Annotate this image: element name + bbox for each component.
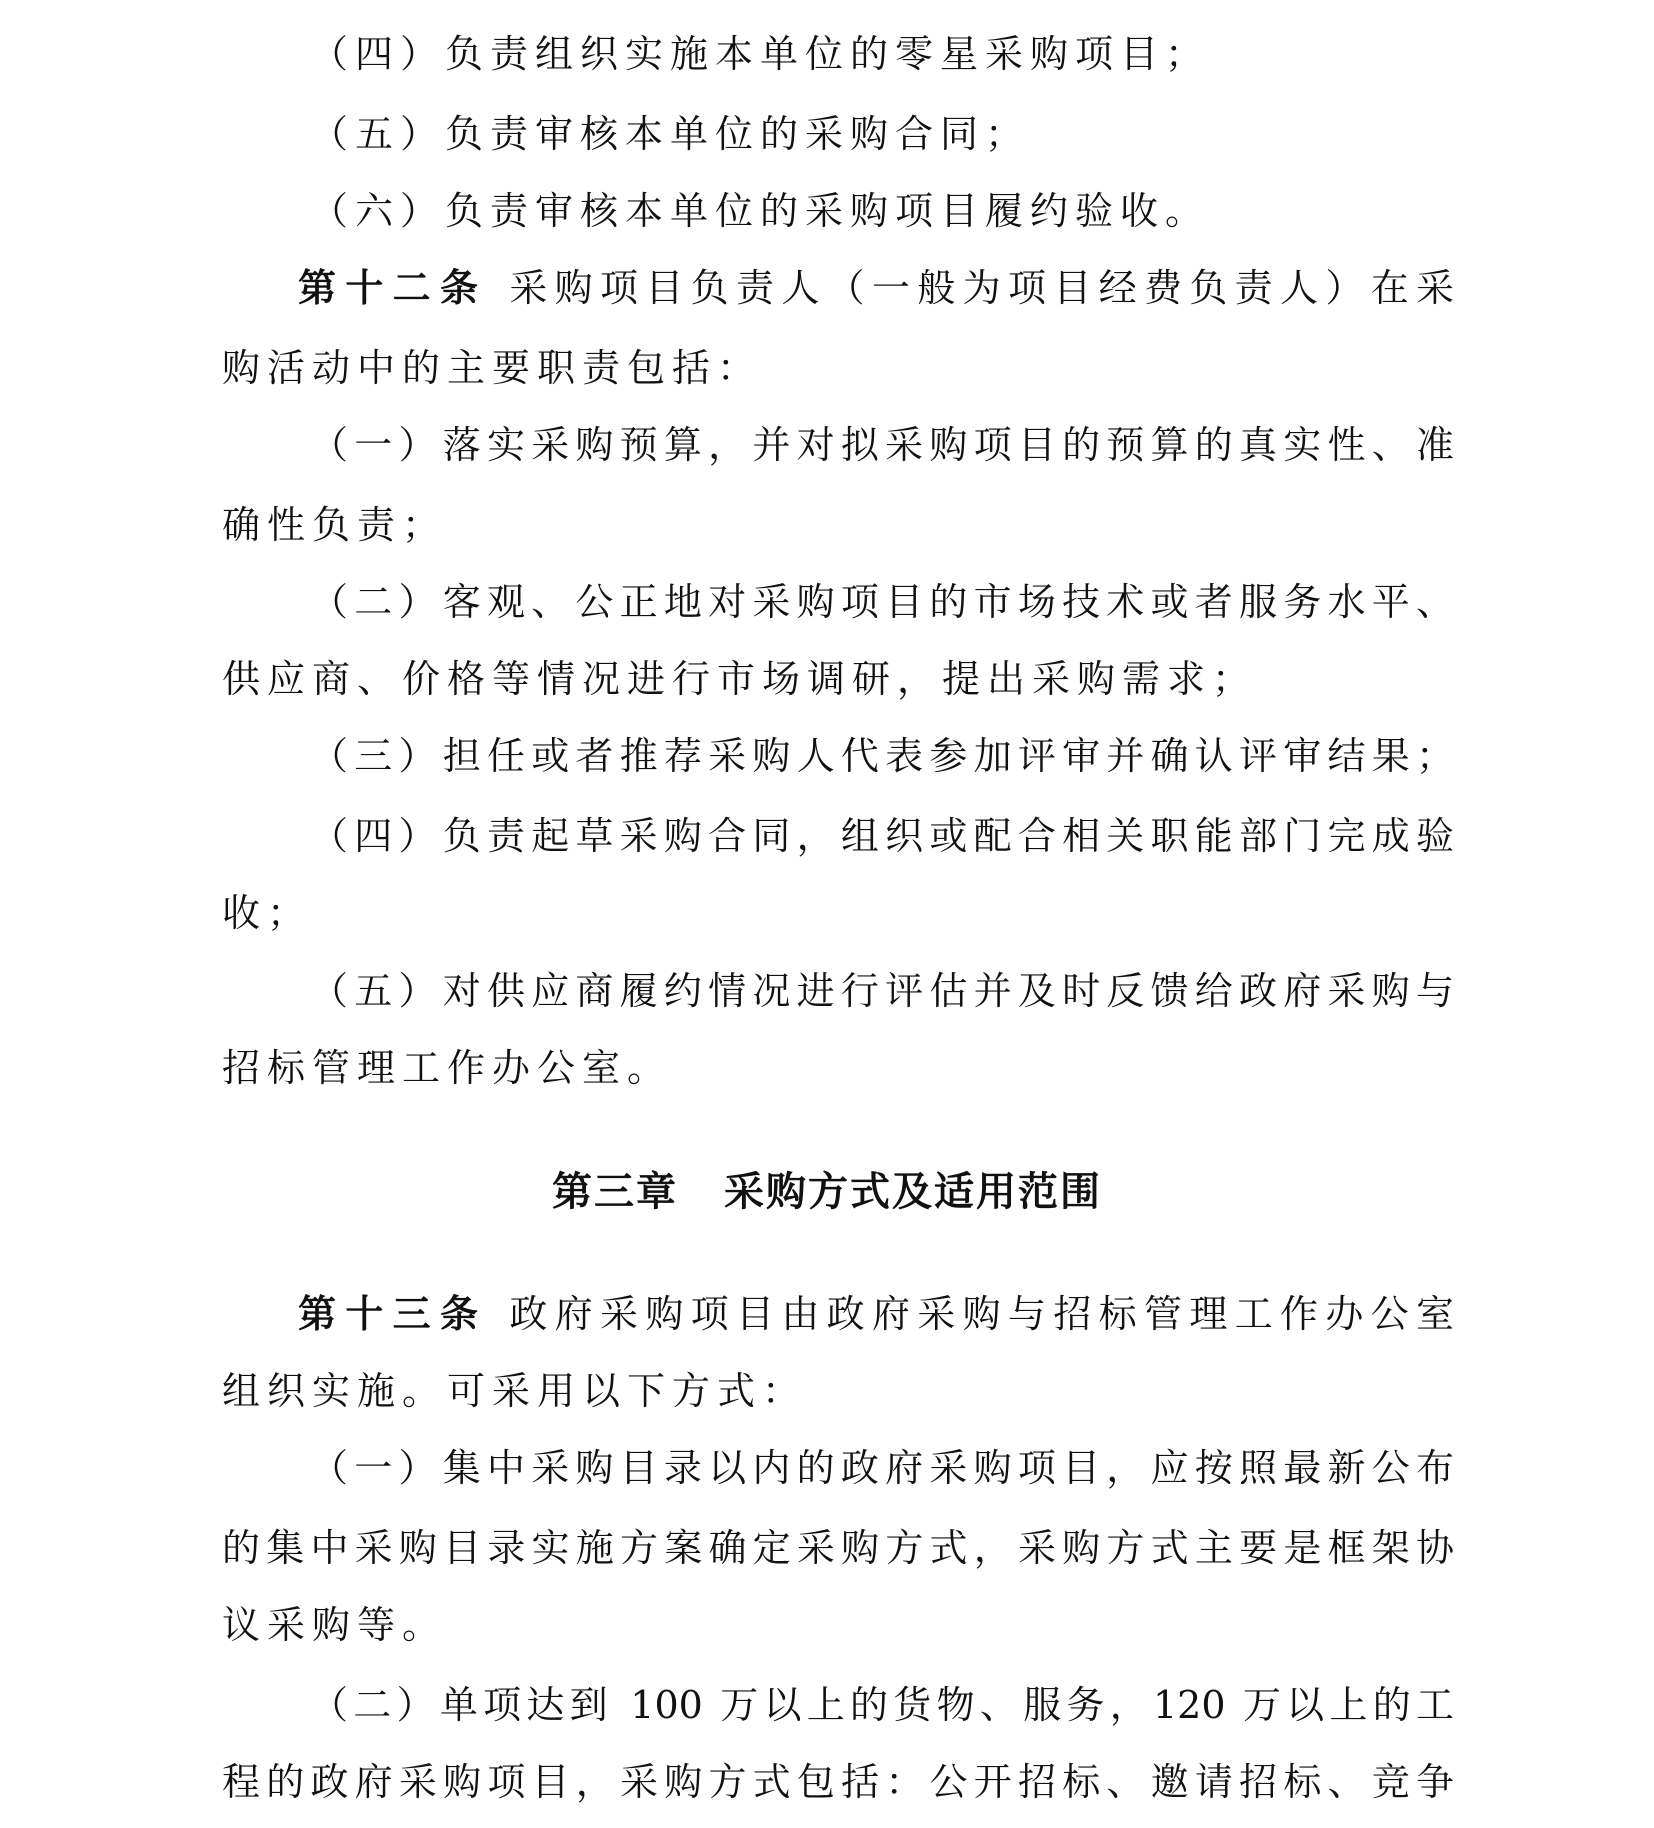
list-item: （三）担任或者推荐采购人代表参加评审并确认评审结果； <box>310 728 1454 784</box>
chapter-number: 第三章 <box>552 1169 678 1215</box>
paragraph-text: 组织实施。可采用以下方式： <box>222 1369 807 1413</box>
paragraph-line: 的集中采购目录实施方案确定采购方式，采购方式主要是框架协 <box>222 1520 1454 1576</box>
article-number: 第十二条 <box>298 266 487 310</box>
paragraph-text: 的集中采购目录实施方案确定采购方式，采购方式主要是框架协 <box>222 1526 1454 1570</box>
paragraph-text: （六）负责审核本单位的采购项目履约验收。 <box>310 189 1210 233</box>
list-item: （一）集中采购目录以内的政府采购项目，应按照最新公布 <box>310 1440 1454 1496</box>
paragraph-line: 购活动中的主要职责包括： <box>222 340 1454 396</box>
paragraph-line: 收； <box>222 885 1454 941</box>
paragraph-text: （五）对供应商履约情况进行评估并及时反馈给政府采购与 <box>310 969 1454 1013</box>
paragraph-text: （四）负责组织实施本单位的零星采购项目； <box>310 32 1210 76</box>
paragraph-text: （二）客观、公正地对采购项目的市场技术或者服务水平、 <box>310 580 1454 624</box>
list-item: （五）负责审核本单位的采购合同； <box>310 106 1454 162</box>
paragraph-text: （三）担任或者推荐采购人代表参加评审并确认评审结果； <box>310 734 1454 778</box>
paragraph-text: 购活动中的主要职责包括： <box>222 346 762 390</box>
paragraph-line: 供应商、价格等情况进行市场调研，提出采购需求； <box>222 651 1454 707</box>
paragraph-line: 确性负责； <box>222 497 1454 553</box>
list-item: （一）落实采购预算，并对拟采购项目的预算的真实性、准 <box>310 417 1454 473</box>
paragraph-text: （五）负责审核本单位的采购合同； <box>310 112 1030 156</box>
list-item: （五）对供应商履约情况进行评估并及时反馈给政府采购与 <box>310 963 1454 1019</box>
paragraph-text: 招标管理工作办公室。 <box>222 1046 672 1090</box>
paragraph-text: 采购项目负责人（一般为项目经费负责人）在采 <box>509 266 1454 310</box>
paragraph-text: 确性负责； <box>222 503 447 547</box>
list-item: （六）负责审核本单位的采购项目履约验收。 <box>310 183 1454 239</box>
paragraph-line: 议采购等。 <box>222 1597 1454 1653</box>
paragraph-text: （四）负责起草采购合同，组织或配合相关职能部门完成验 <box>310 814 1454 858</box>
list-item: （二）单项达到 100 万以上的货物、服务，120 万以上的工 <box>310 1677 1454 1733</box>
article-number: 第十三条 <box>298 1292 487 1336</box>
paragraph-text: 政府采购项目由政府采购与招标管理工作办公室 <box>509 1292 1454 1336</box>
list-item: （四）负责组织实施本单位的零星采购项目； <box>310 26 1454 82</box>
paragraph-text: （一）落实采购预算，并对拟采购项目的预算的真实性、准 <box>310 423 1454 467</box>
chapter-title: 采购方式及适用范围 <box>724 1169 1102 1215</box>
paragraph-line: 组织实施。可采用以下方式： <box>222 1363 1454 1419</box>
list-item: （四）负责起草采购合同，组织或配合相关职能部门完成验 <box>310 808 1454 864</box>
paragraph-text: 供应商、价格等情况进行市场调研，提出采购需求； <box>222 657 1257 701</box>
paragraph-text: 收； <box>222 891 312 935</box>
paragraph-line: 招标管理工作办公室。 <box>222 1040 1454 1096</box>
paragraph-text: （二）单项达到 100 万以上的货物、服务，120 万以上的工 <box>310 1683 1454 1727</box>
article-paragraph: 第十二条采购项目负责人（一般为项目经费负责人）在采 <box>298 260 1454 316</box>
list-item: （二）客观、公正地对采购项目的市场技术或者服务水平、 <box>310 574 1454 630</box>
chapter-heading: 第三章采购方式及适用范围 <box>0 1162 1654 1222</box>
paragraph-text: （一）集中采购目录以内的政府采购项目，应按照最新公布 <box>310 1446 1454 1490</box>
paragraph-line: 程的政府采购项目，采购方式包括：公开招标、邀请招标、竞争 <box>222 1754 1454 1810</box>
paragraph-text: 程的政府采购项目，采购方式包括：公开招标、邀请招标、竞争 <box>222 1760 1454 1804</box>
paragraph-text: 议采购等。 <box>222 1603 447 1647</box>
article-paragraph: 第十三条政府采购项目由政府采购与招标管理工作办公室 <box>298 1286 1454 1342</box>
